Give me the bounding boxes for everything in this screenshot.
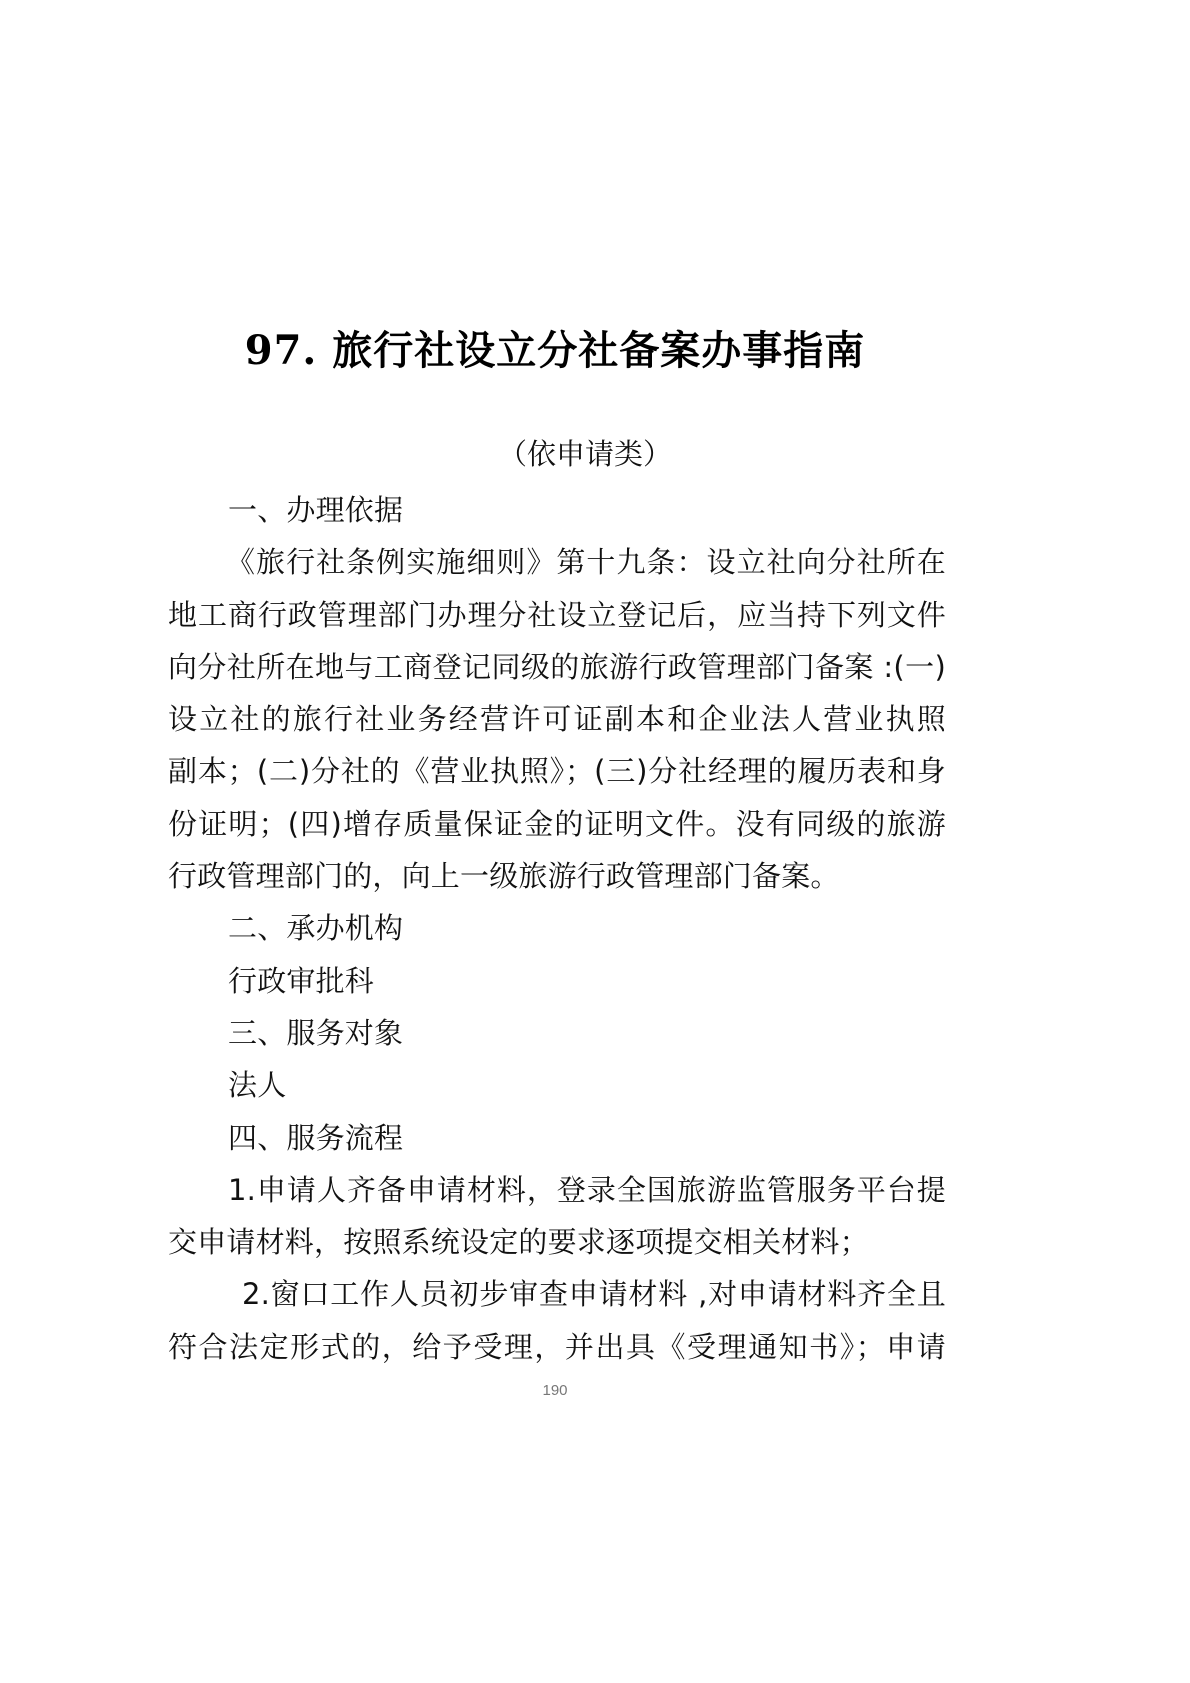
paragraph-line: 设立社的旅行社业务经营许可证副本和企业法人营业执照	[168, 693, 946, 745]
paragraph-line: 行政管理部门的，向上一级旅游行政管理部门备案。	[168, 850, 946, 902]
page-title: 97. 旅行社设立分社备案办事指南	[0, 323, 1110, 379]
process-step-line: 1.申请人齐备申请材料，登录全国旅游监管服务平台提	[168, 1164, 946, 1216]
paragraph-line: 向分社所在地与工商登记同级的旅游行政管理部门备案 :(一)	[168, 641, 946, 693]
service-target-value: 法人	[168, 1059, 946, 1111]
process-step-line: 交申请材料，按照系统设定的要求逐项提交相关材料；	[168, 1216, 946, 1268]
paragraph-line: 地工商行政管理部门办理分社设立登记后，应当持下列文件	[168, 589, 946, 641]
paragraph-line: 份证明；(四)增存质量保证金的证明文件。没有同级的旅游	[168, 798, 946, 850]
document-page: 97. 旅行社设立分社备案办事指南 （依申请类） 一、办理依据 《旅行社条例实施…	[0, 0, 1190, 1683]
section-heading-service-target: 三、服务对象	[168, 1007, 946, 1059]
section-heading-agency: 二、承办机构	[168, 902, 946, 954]
process-step-line: 符合法定形式的，给予受理，并出具《受理通知书》；申请	[168, 1321, 946, 1373]
page-number: 190	[0, 1382, 1110, 1399]
section-heading-basis: 一、办理依据	[168, 484, 946, 536]
document-body: 一、办理依据 《旅行社条例实施细则》第十九条：设立社向分社所在 地工商行政管理部…	[168, 484, 946, 1373]
page-subtitle: （依申请类）	[0, 432, 1170, 476]
paragraph-line: 副本；(二)分社的《营业执照》；(三)分社经理的履历表和身	[168, 745, 946, 797]
section-heading-process: 四、服务流程	[168, 1112, 946, 1164]
agency-value: 行政审批科	[168, 955, 946, 1007]
process-step-line: 2.窗口工作人员初步审查申请材料 ,对申请材料齐全且	[168, 1268, 946, 1320]
paragraph-line: 《旅行社条例实施细则》第十九条：设立社向分社所在	[168, 536, 946, 588]
